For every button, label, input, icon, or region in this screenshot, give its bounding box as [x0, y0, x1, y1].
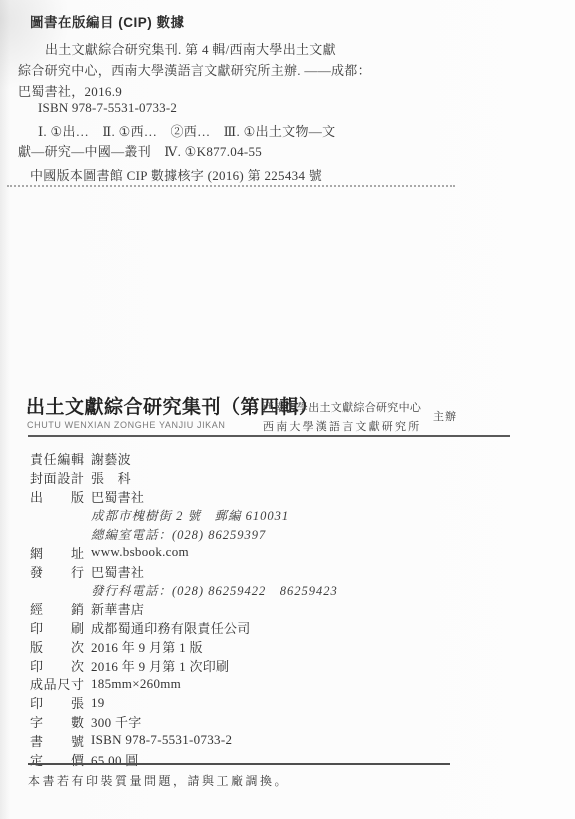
colophon-row-label: 版次 [30, 637, 84, 656]
colophon-row-value: 2016 年 9 月第 1 版 [91, 637, 203, 656]
colophon-row-value: 巴蜀書社 [91, 487, 144, 506]
colophon-row-label: 封面設計 [30, 468, 84, 487]
colophon-row-value: 巴蜀書社 [91, 562, 144, 581]
dotted-divider [7, 185, 455, 187]
colophon-row: 版次2016 年 9 月第 1 版 [30, 637, 530, 656]
colophon-row-label: 印刷 [30, 618, 84, 637]
cip-classification-line-2: 獻—研究—中國—叢刊 Ⅳ. ①K877.04-55 [18, 141, 262, 160]
colophon-row-value: 19 [91, 695, 105, 711]
colophon-row: 印刷成都蜀通印務有限責任公司 [30, 618, 530, 637]
cip-registry-number: 中國版本圖書館 CIP 數據核字 (2016) 第 225434 號 [30, 165, 322, 184]
colophon-row: 字數300 千字 [30, 712, 530, 731]
colophon-row-value: 成都蜀通印務有限責任公司 [91, 618, 251, 637]
colophon-row: 印張19 [30, 693, 530, 712]
organizer-line-1: 西南大學出土文獻綜合研究中心 [263, 399, 421, 415]
colophon-sub-text: 成都市槐樹街 2 號 郵編 610031 [91, 506, 289, 524]
colophon-row-value: 新華書店 [91, 599, 144, 618]
organizer-role: 主辦 [433, 408, 457, 424]
colophon-row: 書號ISBN 978-7-5531-0733-2 [30, 731, 530, 750]
organizer-line-2: 西南大學漢語言文獻研究所 [263, 418, 421, 434]
colophon-row-label: 書號 [30, 731, 84, 750]
copyright-page: 圖書在版編目 (CIP) 數據 出土文獻綜合研究集刊. 第 4 輯/西南大學出土… [0, 0, 575, 819]
colophon-row-value: 謝藝波 [91, 449, 131, 468]
colophon-row: 印次2016 年 9 月第 1 次印刷 [30, 656, 530, 675]
colophon-row: 封面設計張 科 [30, 468, 530, 487]
colophon-row: 責任編輯謝藝波 [30, 449, 530, 468]
colophon-row-value: 張 科 [91, 468, 131, 487]
colophon-row: 網址www.bsbook.com [30, 543, 530, 562]
colophon-row-value: 2016 年 9 月第 1 次印刷 [91, 656, 229, 675]
colophon-row-label: 網址 [30, 543, 84, 562]
colophon-row: 出版巴蜀書社 [30, 487, 530, 506]
bottom-divider-rule [28, 763, 450, 765]
cip-body-line-1: 出土文獻綜合研究集刊. 第 4 輯/西南大學出土文獻 [45, 39, 336, 58]
colophon-row: 成品尺寸185mm×260mm [30, 675, 530, 694]
colophon-sub-text: 總編室電話：(028) 86259397 [91, 525, 266, 543]
colophon-row-value: www.bsbook.com [91, 544, 189, 560]
colophon-row-label: 印次 [30, 656, 84, 675]
cip-body-line-3: 巴蜀書社，2016.9 [18, 81, 122, 100]
quality-note: 本書若有印裝質量問題，請與工廠調換。 [28, 772, 289, 789]
book-title-pinyin: CHUTU WENXIAN ZONGHE YANJIU JIKAN [27, 420, 225, 430]
colophon-row-label: 出版 [30, 487, 84, 506]
colophon-row-label: 責任編輯 [30, 449, 84, 468]
colophon-row: 經銷新華書店 [30, 599, 530, 618]
cip-header: 圖書在版編目 (CIP) 數據 [30, 11, 185, 31]
colophon-sub-text: 發行科電話：(028) 86259422 86259423 [91, 581, 338, 599]
colophon-row: 定價65.00 圓 [30, 750, 530, 769]
colophon-row-value: 300 千字 [91, 712, 142, 731]
colophon-table: 責任編輯謝藝波封面設計張 科出版巴蜀書社成都市槐樹街 2 號 郵編 610031… [30, 449, 530, 769]
title-divider-rule [28, 435, 510, 437]
colophon-sub-row: 發行科電話：(028) 86259422 86259423 [30, 581, 530, 600]
colophon-row-label: 字數 [30, 712, 84, 731]
colophon-sub-row: 成都市槐樹街 2 號 郵編 610031 [30, 505, 530, 524]
colophon-sub-row: 總編室電話：(028) 86259397 [30, 524, 530, 543]
colophon-row-label: 定價 [30, 750, 84, 769]
colophon-row-value: 185mm×260mm [91, 676, 181, 692]
colophon-row-label: 發行 [30, 562, 84, 581]
colophon-row-value: ISBN 978-7-5531-0733-2 [91, 732, 232, 748]
colophon-row-label: 成品尺寸 [30, 674, 84, 693]
colophon-row: 發行巴蜀書社 [30, 562, 530, 581]
colophon-row-label: 經銷 [30, 599, 84, 618]
cip-isbn: ISBN 978-7-5531-0733-2 [38, 100, 177, 116]
colophon-row-value: 65.00 圓 [91, 750, 139, 769]
colophon-row-label: 印張 [30, 693, 84, 712]
cip-classification-line-1: Ⅰ. ①出… Ⅱ. ①西… ②西… Ⅲ. ①出土文物—文 [38, 121, 335, 140]
cip-body-line-2: 綜合研究中心，西南大學漢語言文獻研究所主辦. ——成都： [18, 60, 371, 79]
